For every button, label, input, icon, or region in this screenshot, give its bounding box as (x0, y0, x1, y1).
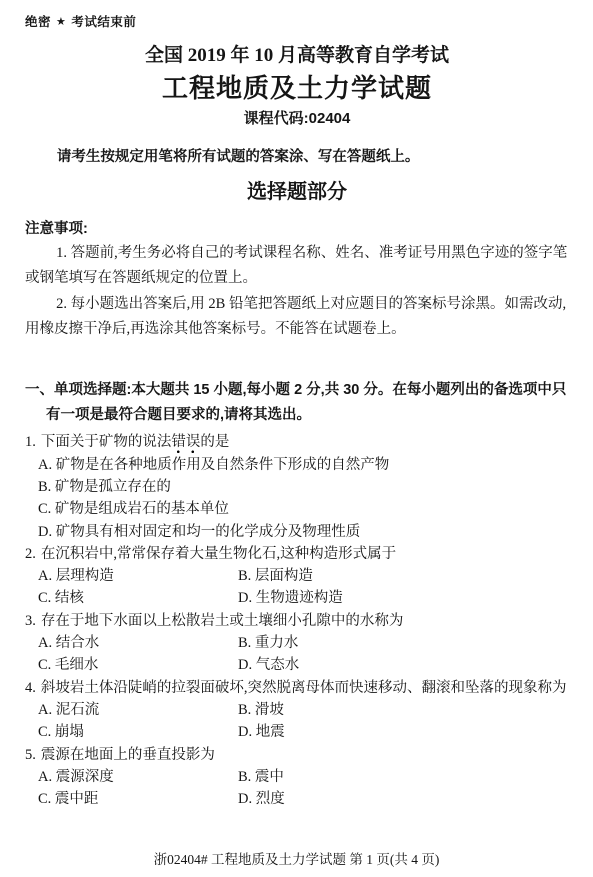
question-1: 1.下面关于矿物的说法错误的是 A. 矿物是在各种地质作用及自然条件下形成的自然… (25, 431, 569, 542)
question-1-stem: 1.下面关于矿物的说法错误的是 (25, 431, 569, 453)
option-d: D. 生物遗迹构造 (238, 587, 569, 609)
option-d: D. 地震 (238, 721, 569, 743)
notes-title: 注意事项: (25, 219, 569, 239)
option-a: A. 层理构造 (38, 565, 238, 587)
option-b: B. 滑坡 (238, 699, 569, 721)
question-3-options: A. 结合水 B. 重力水 C. 毛细水 D. 气态水 (38, 632, 569, 677)
security-level-label: 绝密 (25, 15, 51, 29)
course-code: 课程代码:02404 (25, 109, 569, 129)
part-one-heading: 一、单项选择题:本大题共 15 小题,每小题 2 分,共 30 分。在每小题列出… (25, 378, 569, 428)
question-number: 1. (25, 434, 36, 450)
question-number: 4. (25, 680, 36, 696)
option-d: D. 烈度 (238, 788, 569, 810)
option-c: C. 震中距 (38, 788, 238, 810)
option-b: B. 层面构造 (238, 565, 569, 587)
stem-text: 斜坡岩土体沿陡峭的拉裂面破坏,突然脱离母体而快速移动、翻滚和坠落的现象称为 (41, 680, 567, 696)
exam-session-title: 全国 2019 年 10 月高等教育自学考试 (25, 43, 569, 69)
option-c: C. 结核 (38, 587, 238, 609)
section-heading: 选择题部分 (25, 179, 569, 206)
option-b: B. 矿物是孤立存在的 (38, 476, 569, 498)
option-d: D. 矿物具有相对固定和均一的化学成分及物理性质 (38, 521, 569, 543)
star-icon: ★ (56, 15, 66, 28)
option-b: B. 重力水 (238, 632, 569, 654)
stem-text: 震源在地面上的垂直投影为 (41, 747, 215, 763)
option-b: B. 震中 (238, 766, 569, 788)
question-number: 2. (25, 546, 36, 562)
option-c: C. 矿物是组成岩石的基本单位 (38, 498, 569, 520)
option-c: C. 毛细水 (38, 654, 238, 676)
question-2-stem: 2.在沉积岩中,常常保存着大量生物化石,这种构造形式属于 (25, 543, 569, 565)
question-2: 2.在沉积岩中,常常保存着大量生物化石,这种构造形式属于 A. 层理构造 B. … (25, 543, 569, 610)
stem-text: 下面关于矿物的说法 (41, 434, 172, 450)
security-timing-label: 考试结束前 (71, 15, 136, 29)
answer-sheet-instruction: 请考生按规定用笔将所有试题的答案涂、写在答题纸上。 (25, 147, 569, 167)
exam-paper-page: 绝密★考试结束前 全国 2019 年 10 月高等教育自学考试 工程地质及土力学… (0, 0, 593, 877)
stem-text: 存在于地下水面以上松散岩土或土壤细小孔隙中的水称为 (41, 613, 404, 629)
page-footer: 浙02404# 工程地质及土力学试题 第 1 页(共 4 页) (0, 851, 593, 868)
question-4: 4.斜坡岩土体沿陡峭的拉裂面破坏,突然脱离母体而快速移动、翻滚和坠落的现象称为 … (25, 677, 569, 744)
note-item-2: 2. 每小题选出答案后,用 2B 铅笔把答题纸上对应题目的答案标号涂黑。如需改动… (25, 292, 569, 341)
option-a: A. 结合水 (38, 632, 238, 654)
stem-text: 在沉积岩中,常常保存着大量生物化石,这种构造形式属于 (41, 546, 396, 562)
option-a: A. 泥石流 (38, 699, 238, 721)
stem-text: 的是 (200, 434, 229, 450)
question-3: 3.存在于地下水面以上松散岩土或土壤细小孔隙中的水称为 A. 结合水 B. 重力… (25, 610, 569, 677)
question-4-stem: 4.斜坡岩土体沿陡峭的拉裂面破坏,突然脱离母体而快速移动、翻滚和坠落的现象称为 (25, 677, 569, 699)
option-a: A. 震源深度 (38, 766, 238, 788)
question-4-options: A. 泥石流 B. 滑坡 C. 崩塌 D. 地震 (38, 699, 569, 744)
question-5: 5.震源在地面上的垂直投影为 A. 震源深度 B. 震中 C. 震中距 D. 烈… (25, 744, 569, 811)
question-2-options: A. 层理构造 B. 层面构造 C. 结核 D. 生物遗迹构造 (38, 565, 569, 610)
note-item-1: 1. 答题前,考生务必将自己的考试课程名称、姓名、准考证号用黑色字迹的签字笔或钢… (25, 241, 569, 290)
question-3-stem: 3.存在于地下水面以上松散岩土或土壤细小孔隙中的水称为 (25, 610, 569, 632)
stem-emphasized-text: 错误 (171, 434, 200, 453)
question-5-stem: 5.震源在地面上的垂直投影为 (25, 744, 569, 766)
question-5-options: A. 震源深度 B. 震中 C. 震中距 D. 烈度 (38, 766, 569, 811)
option-d: D. 气态水 (238, 654, 569, 676)
option-a: A. 矿物是在各种地质作用及自然条件下形成的自然产物 (38, 454, 569, 476)
question-number: 5. (25, 747, 36, 763)
question-number: 3. (25, 613, 36, 629)
question-1-options: A. 矿物是在各种地质作用及自然条件下形成的自然产物 B. 矿物是孤立存在的 C… (25, 454, 569, 543)
paper-title: 工程地质及土力学试题 (25, 72, 569, 105)
option-c: C. 崩塌 (38, 721, 238, 743)
security-classification: 绝密★考试结束前 (25, 12, 569, 30)
